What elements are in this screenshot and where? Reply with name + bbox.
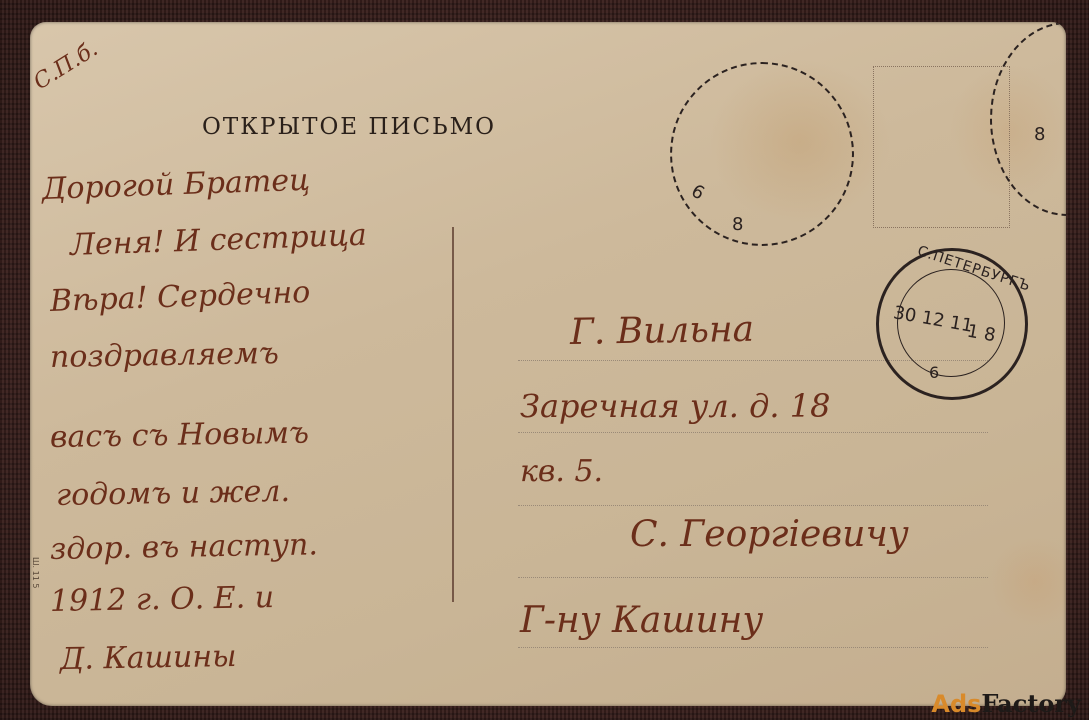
- address-honorific: Г-ну Кашину: [520, 600, 763, 641]
- partial-postmark-top: 6 8: [670, 62, 854, 246]
- address-line-4: [518, 577, 988, 578]
- postmark-mark: 8: [732, 214, 743, 235]
- message-line: годомъ и жел.: [56, 474, 291, 513]
- corner-note: С.П.б.: [30, 37, 102, 96]
- address-apartment: кв. 5.: [520, 454, 603, 489]
- postcard: ОТКРЫТОЕ ПИСЬМО С.П.б. Ш. 11 5 Дорогой Б…: [30, 22, 1066, 706]
- st-petersburg-postmark: С.ПЕТЕРБУРГЪ 30 12 11 1 8 6: [876, 248, 1028, 400]
- postmark-bottom-code: 6: [929, 363, 939, 382]
- postmark-mark: 8: [1034, 124, 1045, 145]
- message-line: 1912 г. О. Е. и: [50, 580, 275, 619]
- address-line-2: [518, 432, 988, 433]
- address-city: Г. Вильна: [570, 309, 755, 353]
- address-recipient: С. Георгіевичу: [630, 514, 909, 555]
- postmark-mark: 6: [688, 181, 708, 205]
- message-line: васъ съ Новымъ: [50, 415, 310, 455]
- address-street: Заречная ул. д. 18: [520, 387, 830, 425]
- message-line: Леня! И сестрица: [69, 218, 367, 263]
- message-line: Д. Кашины: [60, 639, 237, 677]
- print-number: Ш. 11 5: [31, 557, 40, 588]
- address-line-5: [518, 647, 988, 648]
- message-line: здор. въ наступ.: [50, 527, 318, 567]
- message-line: Вѣра! Сердечно: [49, 275, 310, 319]
- watermark-part1: Ads: [931, 690, 981, 718]
- postcard-heading: ОТКРЫТОЕ ПИСЬМО: [202, 114, 496, 140]
- stamp-placeholder-box: [873, 66, 1010, 228]
- message-address-divider: [452, 227, 454, 602]
- address-line-3: [518, 505, 988, 506]
- watermark-part2: Factory: [981, 689, 1081, 718]
- message-line: Дорогой Братец: [41, 163, 310, 207]
- message-line: поздравляемъ: [50, 336, 279, 375]
- adsfactory-watermark: AdsFactory: [931, 689, 1081, 718]
